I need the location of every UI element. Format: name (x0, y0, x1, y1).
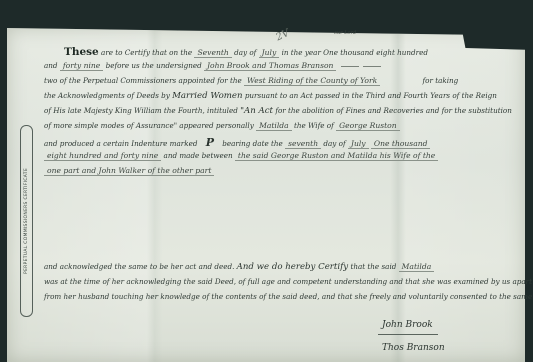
line-6: of more simple modes of Assurance" appea… (44, 121, 400, 130)
filled-county: West Riding of the County of York (244, 76, 380, 86)
filled-wife-name-closing: Matilda (399, 262, 435, 272)
side-stamp: PERPETUAL COMMISSIONERS CERTIFICATE (20, 125, 33, 317)
filled-husband-name: George Ruston (336, 121, 400, 131)
printed-text: the Acknowledgments of Deeds by (44, 91, 170, 100)
line-3: two of the Perpetual Commissioners appoi… (44, 76, 458, 85)
filled-day: Seventh (194, 48, 231, 58)
line-5: of His late Majesty King William the Fou… (44, 106, 512, 116)
line-9: one part and John Walker of the other pa… (44, 166, 214, 175)
printed-text: of His late Majesty King William the Fou… (44, 106, 238, 115)
line-7: and produced a certain Indenture marked … (44, 136, 430, 149)
printed-text: are to Certify that on the (101, 48, 192, 57)
filled-indenture-month: July (348, 139, 369, 149)
indenture-marker: P (200, 136, 220, 149)
filled-indenture-year: One thousand (371, 139, 431, 149)
printed-text: bearing date the (222, 139, 282, 148)
signature-1: John Brook (382, 320, 433, 330)
filled-parties-cont: one part and John Walker of the other pa… (44, 166, 214, 176)
filled-parties: the said George Ruston and Matilda his W… (235, 151, 438, 161)
printed-text: that the said (350, 262, 396, 271)
filled-indenture-day: seventh (285, 139, 321, 149)
filled-indenture-year-cont: eight hundred and forty nine (44, 151, 161, 161)
signature-2: Thos Branson (382, 343, 445, 353)
filled-wife-name: Matilda (256, 121, 292, 131)
line-2: and forty nine before us the undersigned… (44, 61, 383, 70)
closing-line-1: and acknowledged the same to be her act … (44, 262, 434, 272)
filled-month: July (259, 48, 280, 58)
printed-text: from her husband touching her knowledge … (44, 292, 533, 301)
side-stamp-text: PERPETUAL COMMISSIONERS CERTIFICATE (24, 168, 29, 274)
printed-text: in the year One thousand eight hundred (282, 48, 428, 57)
printed-text: and acknowledged the same to be her act … (44, 262, 234, 271)
printed-text: pursuant to an Act passed in the Third a… (245, 91, 497, 100)
printed-text: for the abolition of Fines and Recoverie… (275, 106, 512, 115)
printed-text: of more simple modes of Assurance" appea… (44, 121, 254, 130)
printed-text: day of (323, 139, 345, 148)
printed-text: and made between (164, 151, 233, 160)
line-8: eight hundred and forty nine and made be… (44, 151, 438, 160)
printed-text: day of (234, 48, 256, 57)
superscript-our-lord: our Lord (334, 30, 356, 36)
printed-married-women: Married Women (172, 91, 242, 101)
printed-text: for taking (423, 76, 459, 85)
signature-flourish (378, 334, 438, 335)
printed-text: two of the Perpetual Commissioners appoi… (44, 76, 242, 85)
closing-line-3: from her husband touching her knowledge … (44, 292, 533, 301)
printed-an-act: "An Act (240, 106, 273, 116)
printed-certify: And we do hereby Certify (237, 262, 348, 272)
printed-text: and produced a certain Indenture marked (44, 139, 197, 148)
filled-commissioners: John Brook and Thomas Branson (204, 61, 336, 71)
filled-year: forty nine (60, 61, 103, 71)
line-1: These are to Certify that on the Seventh… (64, 46, 428, 58)
printed-text: the Wife of (294, 121, 334, 130)
line-4: the Acknowledgments of Deeds by Married … (44, 91, 497, 101)
printed-text: before us the undersigned (106, 61, 202, 70)
heading-these: These (64, 46, 99, 58)
printed-text: and (44, 61, 58, 70)
closing-line-2: was at the time of her acknowledging the… (44, 277, 532, 286)
printed-text: was at the time of her acknowledging the… (44, 277, 532, 286)
